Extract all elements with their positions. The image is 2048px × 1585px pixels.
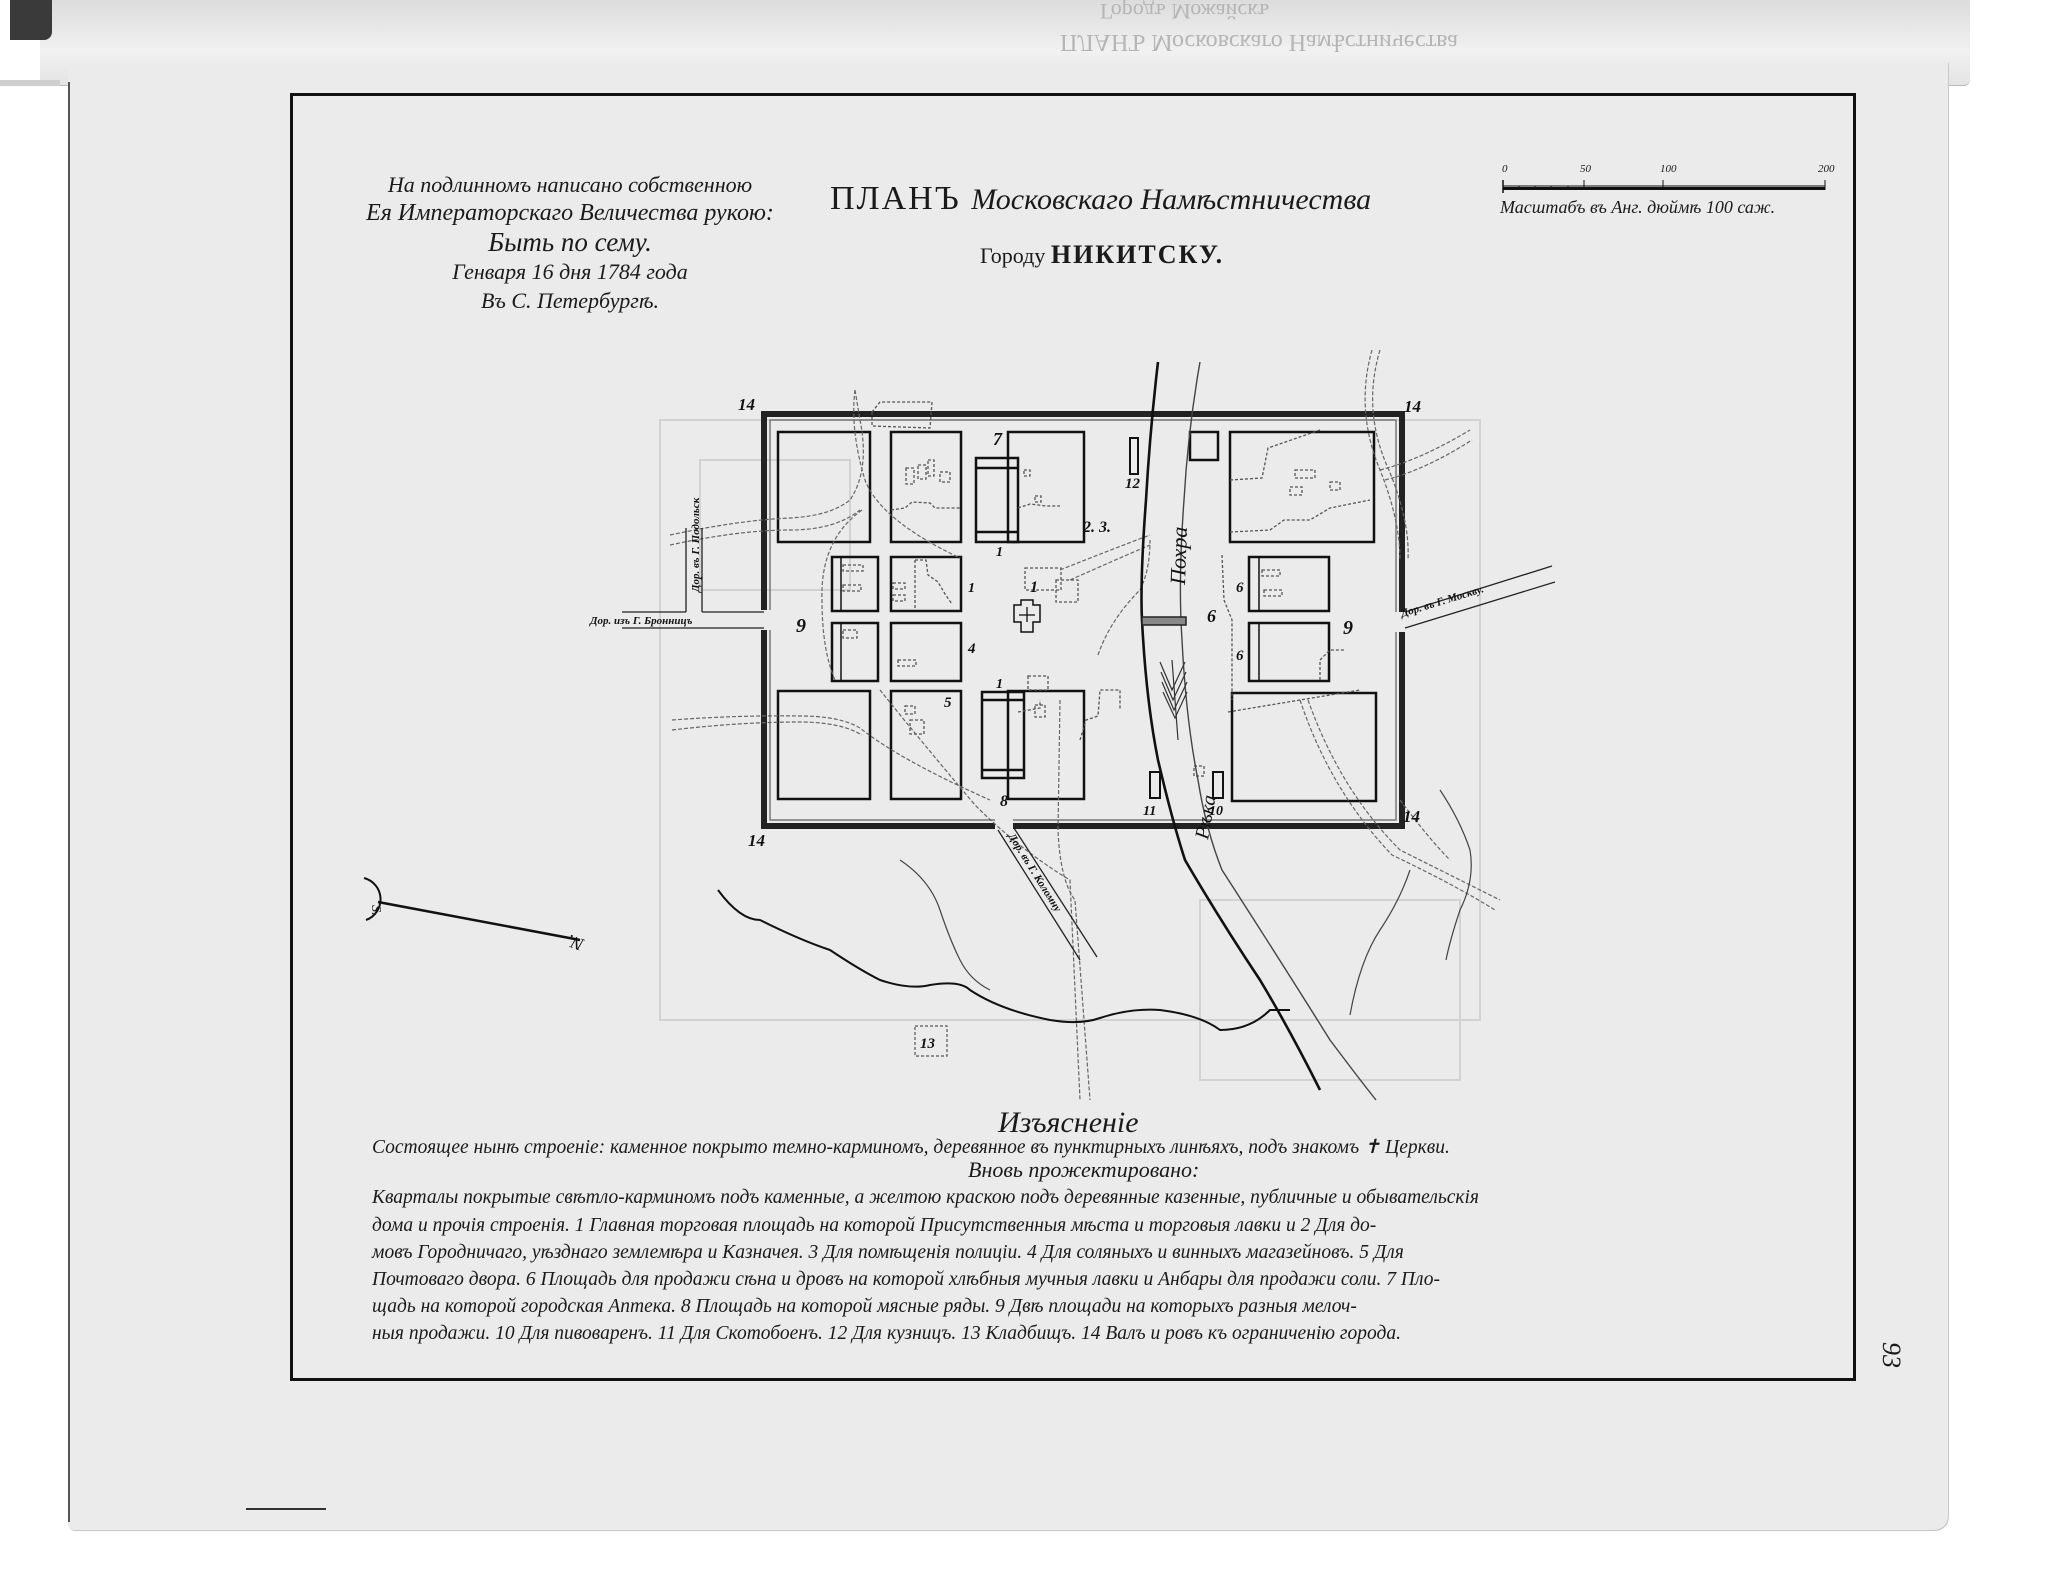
label-14-se: 14 bbox=[1403, 807, 1420, 826]
label-14-sw: 14 bbox=[748, 831, 765, 850]
label-1: 1 bbox=[1030, 579, 1038, 596]
label-13: 13 bbox=[920, 1036, 936, 1052]
label-12: 12 bbox=[1125, 476, 1141, 492]
meridian-needle bbox=[364, 878, 580, 940]
block-subdivisions bbox=[841, 557, 1259, 681]
label-6-a: 6 bbox=[1236, 580, 1244, 596]
label-1-north: 1 bbox=[996, 545, 1003, 560]
legend-line-2: дома и прочія строенія. 1 Главная торгов… bbox=[372, 1215, 1376, 1237]
label-9-west: 9 bbox=[796, 615, 806, 637]
label-1-south: 1 bbox=[996, 677, 1003, 692]
existing-wooden-buildings bbox=[843, 402, 1370, 776]
page-number: 93 bbox=[1876, 1342, 1906, 1368]
road-label-south: Дор. въ Г. Коломну bbox=[1005, 830, 1064, 914]
legend-subtitle: Вновь прожектировано: bbox=[968, 1157, 1199, 1183]
legend-line-6: ныя продажи. 10 Для пивоваренъ. 11 Для С… bbox=[372, 1323, 1401, 1345]
label-9-east: 9 bbox=[1343, 617, 1353, 639]
label-6-b: 6 bbox=[1236, 648, 1244, 664]
road-label-west: Дор. изъ Г. Бронницъ bbox=[589, 615, 693, 627]
road-label-east: Дор. въ Г. Москву. bbox=[1398, 583, 1485, 620]
streams bbox=[718, 890, 1290, 1030]
label-6-center: 6 bbox=[1207, 606, 1216, 626]
church-icon bbox=[1014, 600, 1040, 632]
compass-south-label: S. bbox=[368, 905, 383, 916]
compass-north-label: N. bbox=[564, 931, 587, 956]
label-2-3: 2. 3. bbox=[1082, 519, 1111, 536]
label-1-west: 1 bbox=[968, 581, 975, 596]
label-5: 5 bbox=[944, 695, 952, 711]
river-name-upper: Похра bbox=[1165, 526, 1192, 586]
legend-existing-line: Состоящее нынѣ строеніе: каменное покрыт… bbox=[372, 1135, 1450, 1159]
label-11: 11 bbox=[1143, 804, 1156, 819]
label-14-nw: 14 bbox=[738, 395, 755, 414]
label-14-ne: 14 bbox=[1404, 397, 1421, 416]
scale-bar bbox=[1503, 180, 1825, 193]
lower-margin-mark bbox=[246, 1508, 326, 1510]
road-label-northwest: Дор. въ Г. Подольск bbox=[690, 497, 702, 593]
river-pokhra bbox=[1142, 362, 1377, 1100]
legend-line-5: щадь на которой городская Аптека. 8 Площ… bbox=[372, 1296, 1357, 1318]
label-4: 4 bbox=[967, 641, 976, 657]
town-plan-drawing: 14 14 14 14 7 2. 3. 12 1 1 1 1 4 5 8 9 9… bbox=[0, 0, 2048, 1585]
pharmacy-and-meat-blocks bbox=[976, 458, 1024, 778]
legend-line-1: Кварталы покрытые свѣтло-карминомъ подъ … bbox=[372, 1187, 1479, 1209]
label-8: 8 bbox=[1000, 793, 1008, 810]
legend-line-3: мовъ Городничаго, уѣзднаго землемѣра и К… bbox=[372, 1242, 1404, 1264]
legend-line-4: Почтоваго двора. 6 Площадь для продажи с… bbox=[372, 1269, 1440, 1291]
ghost-plan-showthrough bbox=[660, 420, 1480, 1080]
river-name-lower: Рѣка bbox=[1191, 793, 1221, 842]
label-7: 7 bbox=[993, 429, 1003, 449]
